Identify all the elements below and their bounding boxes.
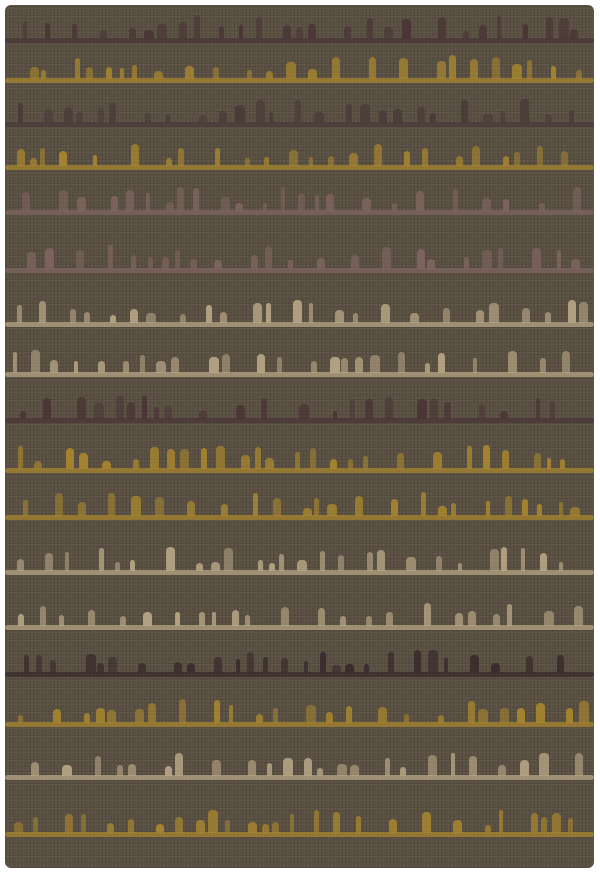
- brush-mark: [298, 194, 306, 211]
- brush-mark: [41, 70, 45, 79]
- brush-mark: [546, 17, 554, 39]
- brush-mark: [455, 613, 463, 626]
- brush-mark: [131, 144, 140, 166]
- brush-mark: [303, 508, 312, 516]
- brush-mark: [45, 23, 49, 39]
- brush-mark: [219, 26, 224, 39]
- brush-mark: [320, 551, 326, 571]
- brush-mark: [338, 555, 344, 571]
- brush-mark: [328, 156, 334, 166]
- brush-mark: [208, 810, 217, 833]
- brush-mark: [128, 819, 134, 833]
- brush-mark: [458, 563, 462, 571]
- brush-mark: [75, 58, 80, 79]
- brush-mark: [229, 705, 233, 723]
- brush-mark: [220, 312, 227, 323]
- brush-mark: [438, 17, 446, 39]
- brush-mark: [131, 255, 136, 269]
- brush-mark: [540, 553, 547, 572]
- brush-mark: [269, 112, 274, 123]
- brush-mark: [23, 22, 28, 39]
- brush-mark: [306, 705, 316, 723]
- brush-mark: [378, 707, 387, 723]
- brush-mark: [33, 817, 38, 833]
- brush-mark: [142, 396, 147, 419]
- brush-mark-group: [5, 393, 594, 419]
- brush-mark: [355, 496, 363, 516]
- brush-mark: [438, 506, 446, 516]
- brush-mark: [293, 300, 301, 323]
- brush-mark: [77, 397, 86, 419]
- brush-mark: [154, 71, 163, 79]
- brush-mark: [566, 708, 574, 723]
- brush-mark: [131, 496, 141, 516]
- brush-mark: [110, 315, 115, 323]
- brush-mark: [185, 66, 195, 79]
- brush-mark: [174, 662, 182, 673]
- brush-mark: [266, 71, 274, 79]
- brush-mark: [482, 198, 491, 211]
- brush-mark: [232, 610, 239, 626]
- brush-mark: [500, 708, 509, 723]
- brush-mark: [398, 352, 406, 373]
- brush-mark: [108, 493, 115, 516]
- brush-mark: [385, 397, 393, 419]
- brush-mark: [76, 250, 84, 269]
- brush-mark: [365, 399, 374, 419]
- brush-mark: [470, 655, 479, 673]
- brush-mark: [248, 822, 257, 833]
- brush-mark: [23, 500, 28, 516]
- brush-mark: [97, 663, 105, 673]
- brush-mark: [211, 562, 220, 571]
- brush-mark: [350, 399, 355, 419]
- brush-mark-group: [5, 53, 594, 79]
- brush-mark: [179, 699, 186, 723]
- brush-mark: [245, 615, 250, 626]
- brush-mark: [18, 446, 23, 469]
- brush-mark: [289, 150, 299, 166]
- brush-mark: [309, 303, 313, 323]
- brush-mark: [98, 107, 104, 123]
- brush-mark: [362, 198, 371, 211]
- brush-mark: [190, 259, 198, 269]
- brush-mark: [273, 708, 278, 723]
- brush-mark: [213, 67, 219, 79]
- brush-mark: [404, 151, 410, 166]
- brush-mark: [256, 17, 263, 39]
- brush-mark: [545, 312, 552, 323]
- brush-mark: [18, 715, 23, 723]
- brush-mark: [381, 304, 390, 323]
- brush-mark: [479, 404, 485, 419]
- brush-mark: [248, 760, 257, 776]
- brush-mark: [534, 453, 541, 469]
- brush-mark: [353, 313, 358, 323]
- brush-mark: [95, 756, 101, 776]
- brush-mark: [551, 66, 555, 79]
- brush-mark: [196, 563, 203, 571]
- brush-mark: [34, 461, 42, 469]
- brush-mark: [443, 308, 450, 323]
- brush-mark: [304, 758, 312, 776]
- brush-mark: [59, 151, 67, 166]
- brush-mark: [384, 27, 392, 39]
- brush-mark: [521, 548, 525, 571]
- brush-mark-group: [5, 807, 594, 833]
- brush-mark: [78, 502, 85, 516]
- brush-mark-group: [5, 600, 594, 626]
- brush-mark: [508, 351, 517, 373]
- brush-mark: [360, 104, 370, 123]
- brush-mark: [286, 62, 295, 79]
- brush-mark: [209, 357, 219, 373]
- brush-mark: [559, 18, 568, 39]
- brush-mark: [547, 458, 551, 469]
- brush-mark: [288, 260, 293, 269]
- brush-mark: [541, 817, 547, 833]
- brush-mark: [154, 407, 159, 419]
- brush-mark: [290, 814, 294, 833]
- brush-mark: [498, 248, 503, 269]
- brush-mark: [317, 258, 326, 269]
- brush-mark: [31, 350, 40, 373]
- brush-mark: [109, 103, 116, 123]
- brush-mark: [175, 753, 183, 776]
- brush-mark: [461, 100, 468, 123]
- brush-mark-group: [5, 697, 594, 723]
- brush-mark: [236, 659, 240, 673]
- brush-mark: [473, 358, 477, 373]
- brush-mark: [17, 559, 24, 571]
- brush-mark: [444, 658, 448, 673]
- brush-mark: [96, 708, 105, 723]
- brush-mark: [263, 657, 268, 673]
- brush-mark-group: [5, 140, 594, 166]
- brush-mark: [31, 762, 39, 776]
- brush-mark: [320, 652, 326, 673]
- brush-mark: [43, 398, 50, 419]
- brush-mark: [333, 411, 337, 419]
- brush-mark: [263, 203, 267, 211]
- brush-mark: [245, 158, 250, 166]
- brush-mark: [50, 360, 58, 373]
- brush-mark: [180, 314, 187, 323]
- brush-mark: [44, 109, 53, 123]
- brush-mark: [27, 252, 36, 269]
- brush-mark: [332, 57, 340, 80]
- brush-mark-group: [5, 647, 594, 673]
- brush-mark: [364, 664, 368, 673]
- brush-mark: [281, 658, 288, 673]
- brush-mark: [476, 310, 484, 323]
- brush-mark: [363, 456, 367, 469]
- brush-mark: [351, 255, 359, 269]
- brush-mark: [30, 158, 37, 166]
- brush-mark: [106, 67, 112, 79]
- brush-mark: [573, 187, 582, 211]
- brush-mark: [128, 764, 136, 776]
- brush-mark: [117, 765, 124, 776]
- brush-mark: [540, 358, 545, 373]
- brush-mark: [545, 114, 552, 123]
- brush-mark: [273, 498, 281, 516]
- brush-mark: [438, 353, 445, 373]
- brush-mark: [388, 652, 394, 673]
- brush-mark: [308, 69, 317, 79]
- brush-mark: [17, 149, 25, 166]
- brush-mark: [349, 153, 358, 166]
- brush-mark: [148, 257, 153, 269]
- brush-mark: [451, 503, 455, 516]
- brush-mark: [468, 701, 475, 723]
- brush-mark: [536, 703, 545, 723]
- brush-mark: [568, 300, 576, 323]
- brush-mark: [295, 100, 301, 123]
- brush-mark: [94, 403, 104, 419]
- brush-mark: [417, 107, 425, 123]
- brush-mark: [512, 64, 522, 79]
- brush-mark: [514, 152, 520, 166]
- brush-mark: [199, 410, 207, 419]
- brush-mark: [64, 108, 73, 123]
- brush-mark: [258, 560, 263, 571]
- brush-mark: [314, 810, 319, 833]
- brush-mark: [216, 446, 225, 469]
- brush-mark: [79, 453, 88, 469]
- brush-mark: [557, 655, 564, 673]
- brush-mark: [265, 458, 274, 469]
- brush-mark: [180, 449, 189, 469]
- brush-mark: [123, 361, 128, 373]
- brush-mark: [212, 760, 221, 776]
- brush-mark: [366, 616, 372, 626]
- brush-mark: [98, 361, 105, 373]
- brush-mark: [464, 257, 468, 269]
- brush-mark: [102, 461, 111, 469]
- brush-mark: [425, 363, 431, 373]
- brush-mark: [239, 25, 243, 39]
- brush-mark: [579, 302, 589, 323]
- brush-mark: [296, 27, 303, 39]
- brush-mark: [344, 26, 351, 39]
- brush-mark: [327, 504, 337, 516]
- brush-mark: [264, 157, 270, 166]
- brush-mark: [449, 55, 456, 79]
- brush-mark: [140, 355, 145, 373]
- brush-mark: [175, 612, 180, 626]
- brush-mark: [297, 560, 307, 571]
- brush-mark: [500, 111, 504, 123]
- brush-mark: [221, 504, 228, 516]
- brush-mark: [24, 655, 29, 673]
- brush-mark: [503, 199, 509, 211]
- brush-mark: [505, 496, 513, 516]
- brush-mark: [345, 664, 354, 673]
- brush-mark: [166, 115, 171, 124]
- brush-mark: [187, 501, 196, 516]
- brush-mark-group: [5, 545, 594, 571]
- brush-mark: [562, 351, 570, 373]
- brush-mark: [108, 657, 117, 673]
- brush-mark: [552, 813, 562, 833]
- brush-mark: [416, 191, 423, 211]
- brush-mark: [135, 709, 144, 723]
- brush-mark: [281, 607, 290, 626]
- brush-mark: [295, 452, 299, 469]
- brush-mark: [544, 611, 554, 626]
- brush-mark: [261, 398, 267, 419]
- brush-mark: [194, 15, 201, 39]
- brush-mark: [310, 448, 316, 470]
- brush-mark: [482, 250, 492, 269]
- brush-mark: [500, 411, 507, 419]
- brush-mark: [62, 765, 72, 776]
- brush-mark: [145, 113, 151, 123]
- brush-mark: [332, 665, 340, 673]
- brush-mark: [76, 112, 83, 123]
- brush-mark: [214, 260, 222, 269]
- brush-mark: [451, 753, 455, 776]
- brush-mark: [523, 24, 528, 39]
- brush-mark: [491, 663, 499, 673]
- brush-mark: [311, 361, 317, 373]
- brush-mark: [333, 812, 340, 833]
- brush-mark: [421, 492, 426, 516]
- brush-mark: [129, 28, 136, 39]
- brush-mark: [570, 29, 578, 39]
- brush-mark: [257, 354, 265, 373]
- brush-mark-group: [5, 347, 594, 373]
- brush-mark: [382, 247, 390, 270]
- brush-mark: [93, 155, 97, 166]
- brush-mark: [417, 399, 427, 419]
- brush-mark: [527, 60, 532, 79]
- brush-mark: [144, 30, 154, 39]
- brush-mark-group: [5, 443, 594, 469]
- brush-mark-group: [5, 185, 594, 211]
- brush-mark-group: [5, 297, 594, 323]
- brush-mark: [70, 309, 76, 323]
- brush-mark: [326, 712, 333, 723]
- brush-mark: [256, 714, 263, 723]
- brush-mark: [187, 663, 195, 673]
- brush-mark: [127, 402, 136, 419]
- brush-mark: [346, 104, 352, 123]
- brush-mark: [575, 753, 583, 776]
- brush-mark: [30, 67, 39, 79]
- brush-mark: [356, 816, 361, 833]
- brush-mark: [402, 19, 411, 39]
- brush-mark: [385, 758, 390, 776]
- brush-mark: [386, 612, 393, 626]
- brush-mark: [424, 603, 431, 626]
- brush-mark: [557, 250, 562, 269]
- brush-mark: [251, 255, 258, 269]
- brush-mark: [18, 103, 24, 123]
- brush-mark: [576, 70, 582, 79]
- brush-mark: [166, 547, 174, 571]
- brush-mark: [36, 655, 42, 673]
- brush-mark: [430, 399, 438, 419]
- brush-mark: [299, 404, 309, 419]
- brush-mark: [392, 203, 397, 211]
- brush-mark: [404, 714, 409, 724]
- brush-mark: [253, 303, 262, 323]
- brush-mark: [214, 700, 219, 723]
- brush-mark: [486, 501, 490, 516]
- brush-mark: [224, 548, 233, 572]
- brush-mark: [115, 562, 120, 571]
- brush-mark: [569, 110, 574, 123]
- brush-mark: [50, 660, 55, 673]
- brush-mark: [175, 817, 183, 833]
- brush-mark: [314, 498, 319, 516]
- brush-mark: [283, 25, 292, 39]
- brush-mark: [422, 148, 429, 166]
- brush-mark: [88, 610, 96, 626]
- brush-mark-group: [5, 243, 594, 269]
- brush-mark: [156, 824, 164, 833]
- brush-mark: [132, 65, 137, 79]
- brush-mark: [579, 701, 588, 723]
- brush-mark: [522, 308, 530, 323]
- brush-mark: [55, 493, 63, 516]
- brush-mark: [308, 24, 316, 39]
- brush-mark: [39, 301, 46, 323]
- brush-mark: [522, 499, 528, 516]
- brush-mark: [225, 820, 230, 833]
- brush-mark: [341, 358, 348, 373]
- brush-mark: [255, 447, 260, 469]
- brush-mark: [84, 312, 90, 323]
- brush-mark: [560, 459, 565, 469]
- brush-mark: [59, 190, 69, 211]
- brush-mark: [256, 100, 265, 123]
- brush-mark-group: [5, 750, 594, 776]
- brush-mark: [116, 396, 124, 419]
- brush-mark: [531, 813, 538, 833]
- brush-mark: [367, 18, 374, 39]
- brush-mark: [502, 450, 509, 469]
- brush-mark: [262, 824, 269, 833]
- brush-mark: [65, 814, 73, 833]
- brush-mark: [399, 58, 408, 79]
- brush-mark: [221, 197, 230, 211]
- brush-mark: [266, 303, 272, 323]
- brush-mark: [107, 710, 116, 723]
- brush-mark: [86, 654, 96, 673]
- brush-mark: [559, 562, 563, 571]
- brush-mark: [253, 493, 258, 516]
- brush-mark-group: [5, 13, 594, 39]
- brush-mark: [492, 57, 500, 79]
- brush-mark: [574, 606, 583, 627]
- brush-mark: [438, 715, 444, 723]
- brush-mark: [391, 499, 398, 516]
- brush-mark: [453, 820, 461, 833]
- brush-mark: [45, 248, 54, 269]
- brush-mark: [520, 99, 529, 123]
- brush-mark: [393, 109, 402, 123]
- brush-mark: [130, 309, 138, 323]
- brush-mark: [468, 611, 475, 626]
- brush-mark: [193, 188, 198, 211]
- brush-mark: [14, 822, 23, 833]
- brush-mark: [478, 709, 488, 723]
- brush-mark: [532, 248, 541, 269]
- brush-mark: [318, 608, 325, 626]
